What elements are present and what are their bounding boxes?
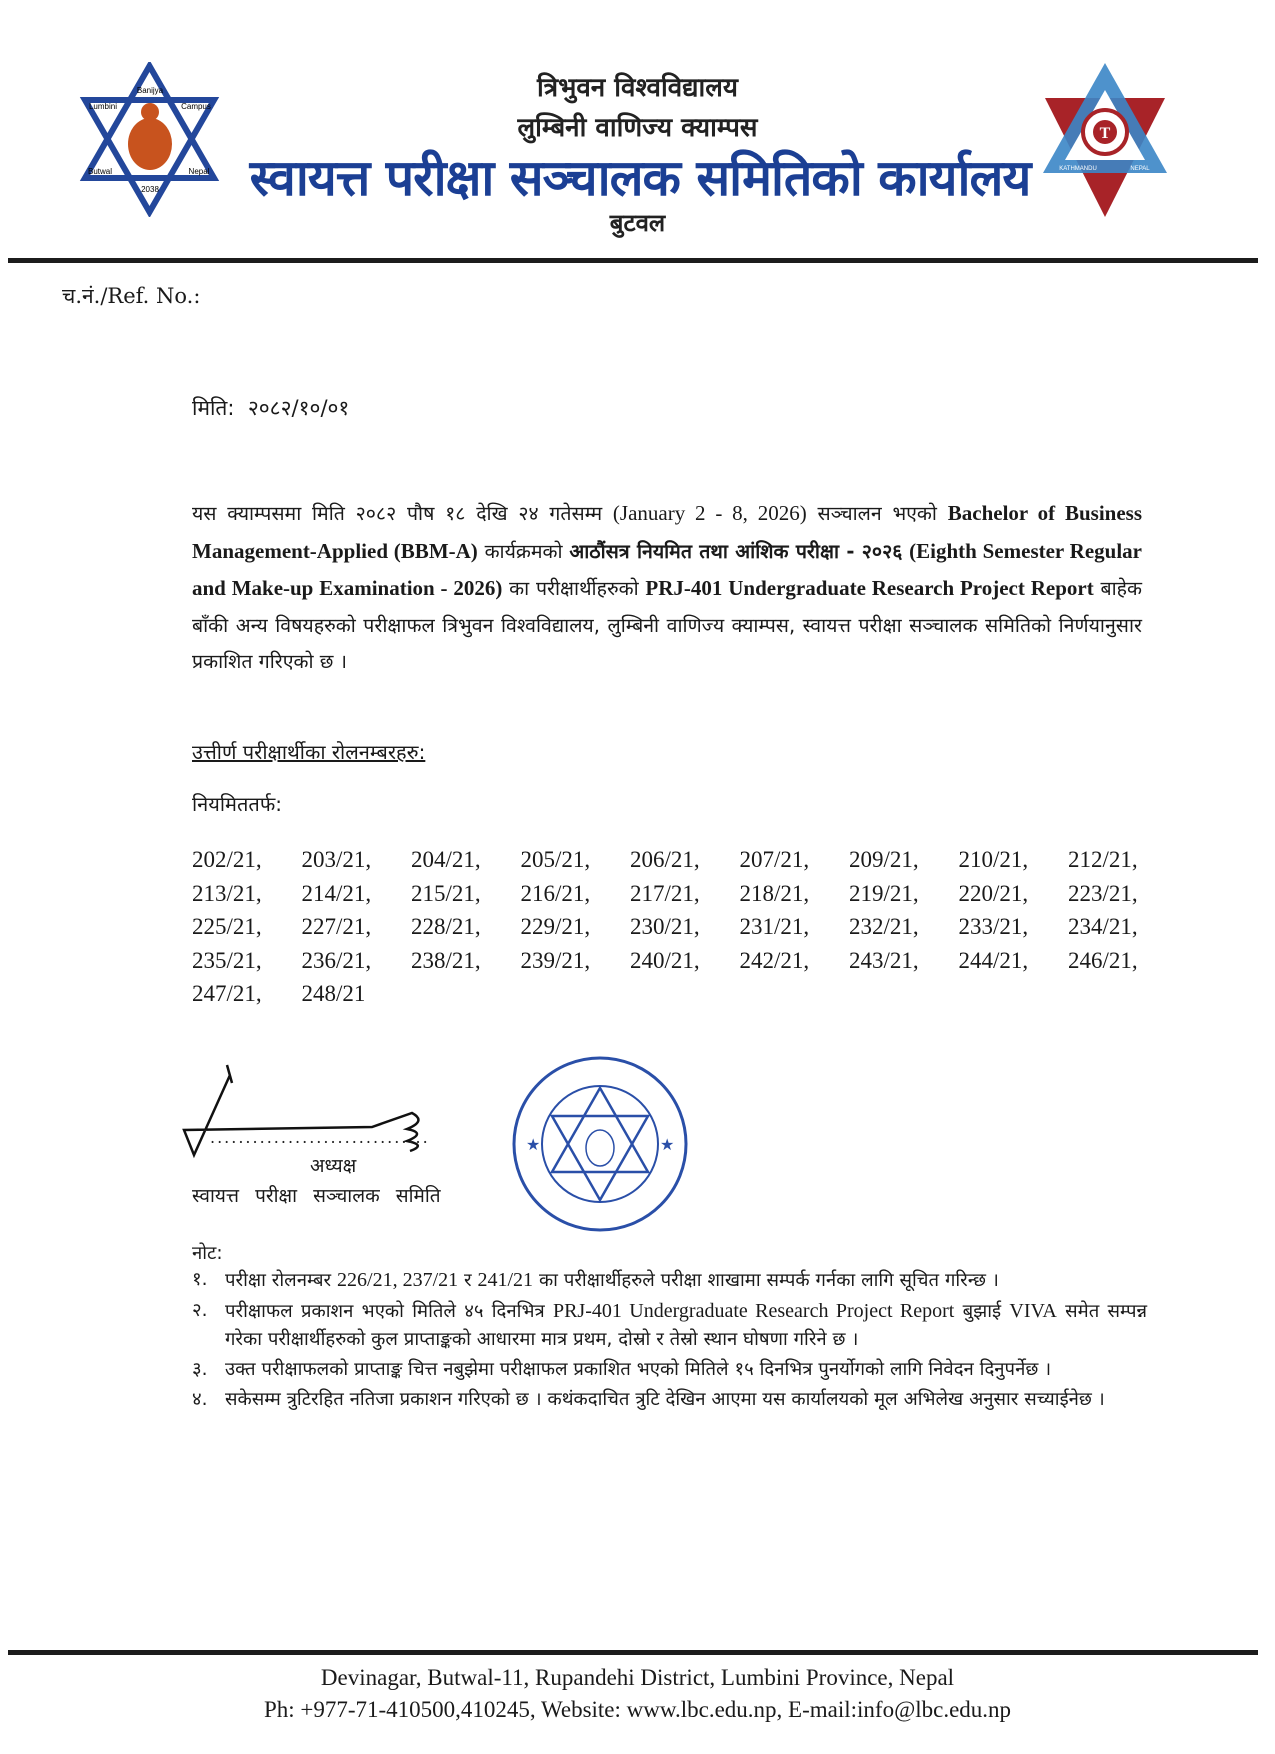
note-item: १. परीक्षा रोलनम्बर 226/21, 237/21 र 241… [192, 1266, 1147, 1295]
note-number: २. [192, 1297, 225, 1354]
roll-number: 203/21, [302, 845, 412, 875]
note-item: ३. उक्त परीक्षाफलको प्राप्ताङ्क चित्त नब… [192, 1356, 1147, 1384]
svg-text:★: ★ [660, 1135, 674, 1154]
note-text: उक्त परीक्षाफलको प्राप्ताङ्क चित्त नबुझे… [225, 1356, 1147, 1384]
roll-number: 232/21, [849, 912, 959, 942]
roll-number: 247/21, [192, 979, 302, 1009]
signature-line: ............................... [210, 1128, 430, 1147]
roll-number: 243/21, [849, 946, 959, 976]
roll-number: 227/21, [302, 912, 412, 942]
footer-divider [8, 1650, 1258, 1655]
roll-number: 215/21, [411, 879, 521, 909]
roll-number: 238/21, [411, 946, 521, 976]
roll-number: 233/21, [959, 912, 1069, 942]
office-seal-icon: ★ ★ [508, 1052, 693, 1237]
footer-address: Devinagar, Butwal-11, Rupandehi District… [0, 1665, 1275, 1691]
roll-number: 239/21, [521, 946, 631, 976]
date-value: २०८२/१०/०१ [248, 396, 350, 420]
roll-number: 209/21, [849, 845, 959, 875]
roll-number: 236/21, [302, 946, 412, 976]
text-segment: का परीक्षार्थीहरुको [509, 577, 639, 600]
roll-number: 240/21, [630, 946, 740, 976]
roll-number: 205/21, [521, 845, 631, 875]
roll-number: 231/21, [740, 912, 850, 942]
date-label: मिति: [192, 396, 234, 420]
text-segment: यस क्याम्पसमा मिति २०८२ पौष १८ देखि २४ ग… [192, 502, 602, 525]
tribhuvan-university-logo-icon: T KATHMANDU NEPAL [1040, 60, 1170, 220]
roll-number: 210/21, [959, 845, 1069, 875]
roll-number: 219/21, [849, 879, 959, 909]
exam-name-nepali: आठौंसत्र नियमित तथा आंशिक परीक्षा - २०२६ [569, 540, 902, 563]
roll-number: 228/21, [411, 912, 521, 942]
roll-number: 212/21, [1068, 845, 1178, 875]
roll-number: 213/21, [192, 879, 302, 909]
roll-number: 202/21, [192, 845, 302, 875]
roll-number: 248/21 [302, 979, 412, 1009]
notes-list: १. परीक्षा रोलनम्बर 226/21, 237/21 र 241… [192, 1266, 1147, 1416]
roll-number: 223/21, [1068, 879, 1178, 909]
note-text: सकेसम्म त्रुटिरहित नतिजा प्रकाशन गरिएको … [225, 1386, 1147, 1414]
note-number: ३. [192, 1356, 225, 1384]
note-text: परीक्षा रोलनम्बर 226/21, 237/21 र 241/21… [225, 1266, 1147, 1295]
roll-number: 204/21, [411, 845, 521, 875]
note-text: परीक्षाफल प्रकाशन भएको मितिले ४५ दिनभित्… [225, 1297, 1147, 1354]
roll-number: 244/21, [959, 946, 1069, 976]
regular-category-label: नियमिततर्फ: [192, 790, 282, 817]
svg-text:KATHMANDU: KATHMANDU [1059, 166, 1097, 172]
reference-number-label: च.नं./Ref. No.: [62, 282, 200, 310]
roll-number: 207/21, [740, 845, 850, 875]
note-item: २. परीक्षाफल प्रकाशन भएको मितिले ४५ दिनभ… [192, 1297, 1147, 1354]
roll-number: 206/21, [630, 845, 740, 875]
roll-number: 235/21, [192, 946, 302, 976]
office-title: स्वायत्त परीक्षा सञ्चालक समितिको कार्याल… [220, 142, 1060, 210]
roll-number: 225/21, [192, 912, 302, 942]
text-segment: सञ्चालन भएको [818, 502, 937, 525]
roll-number: 218/21, [740, 879, 850, 909]
roll-number: 230/21, [630, 912, 740, 942]
note-item: ४. सकेसम्म त्रुटिरहित नतिजा प्रकाशन गरिए… [192, 1386, 1147, 1414]
svg-text:2038: 2038 [141, 185, 159, 194]
note-number: १. [192, 1266, 225, 1295]
roll-number: 246/21, [1068, 946, 1178, 976]
roll-number: 234/21, [1068, 912, 1178, 942]
header-divider [8, 258, 1258, 263]
passed-candidates-heading: उत्तीर्ण परीक्षार्थीका रोलनम्बरहरु: [192, 738, 425, 765]
footer-contact: Ph: +977-71-410500,410245, Website: www.… [0, 1697, 1275, 1723]
svg-text:T: T [1100, 125, 1111, 142]
signatory-role: अध्यक्ष [310, 1152, 356, 1178]
signatory-committee: स्वायत्त परीक्षा सञ्चालक समिति [192, 1182, 441, 1208]
exam-dates: (January 2 - 8, 2026) [613, 501, 807, 525]
roll-number: 217/21, [630, 879, 740, 909]
roll-number: 242/21, [740, 946, 850, 976]
roll-number: 229/21, [521, 912, 631, 942]
notes-label: नोट: [192, 1240, 223, 1265]
date-line: मिति: २०८२/१०/०१ [192, 394, 349, 422]
svg-text:★: ★ [526, 1135, 540, 1154]
roll-number-list: 202/21,203/21,204/21,205/21,206/21,207/2… [192, 845, 1162, 1009]
excluded-subject: PRJ-401 Undergraduate Research Project R… [645, 576, 1093, 600]
text-segment: कार्यक्रमको [485, 540, 563, 563]
roll-number: 216/21, [521, 879, 631, 909]
note-number: ४. [192, 1386, 225, 1414]
svg-text:NEPAL: NEPAL [1130, 166, 1150, 172]
svg-text:Nepal: Nepal [189, 167, 210, 176]
notice-paragraph: यस क्याम्पसमा मिति २०८२ पौष १८ देखि २४ ग… [192, 495, 1142, 681]
svg-text:Butwal: Butwal [88, 167, 112, 176]
roll-number: 220/21, [959, 879, 1069, 909]
roll-number: 214/21, [302, 879, 412, 909]
